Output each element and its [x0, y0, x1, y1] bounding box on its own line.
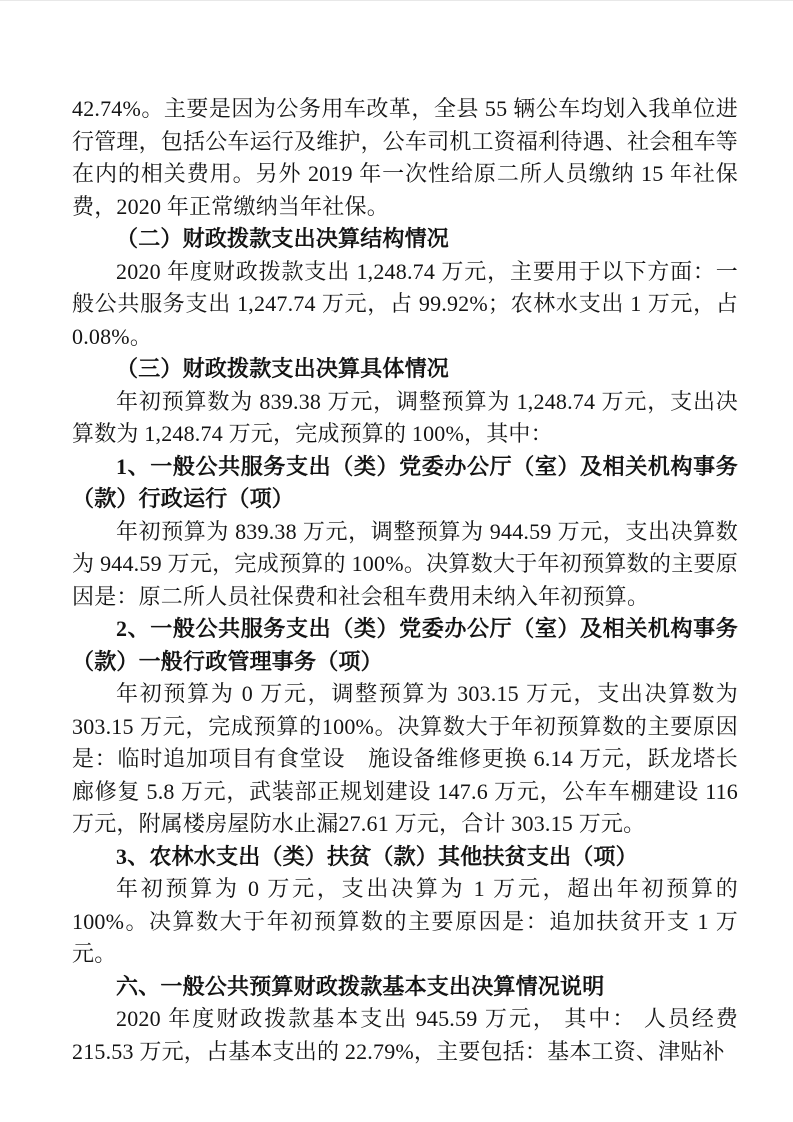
- paragraph-item-2-detail: 年初预算为 0 万元，调整预算为 303.15 万元，支出决算数为 303.15…: [72, 678, 738, 841]
- paragraph-basic-expenditure-detail: 2020 年度财政拨款基本支出 945.59 万元， 其中： 人员经费 215.…: [72, 1003, 738, 1068]
- paragraph-expenditure-structure: 2020 年度财政拨款支出 1,248.74 万元，主要用于以下方面：一般公共服…: [72, 256, 738, 354]
- item-heading-1-administrative-operation: 1、一般公共服务支出（类）党委办公厅（室）及相关机构事务（款）行政运行（项）: [72, 451, 738, 516]
- section-heading-expenditure-structure: （二）财政拨款支出决算结构情况: [72, 223, 738, 256]
- section-heading-basic-expenditure-note: 六、一般公共预算财政拨款基本支出决算情况说明: [72, 971, 738, 1004]
- paragraph-vehicle-reform-continuation: 42.74%。主要是因为公务用车改革，全县 55 辆公车均划入我单位进行管理，包…: [72, 93, 738, 223]
- paragraph-expenditure-detail-summary: 年初预算数为 839.38 万元，调整预算为 1,248.74 万元，支出决算数…: [72, 386, 738, 451]
- item-heading-3-poverty-alleviation: 3、农林水支出（类）扶贫（款）其他扶贫支出（项）: [72, 841, 738, 874]
- paragraph-item-3-detail: 年初预算为 0 万元，支出决算为 1 万元，超出年初预算的 100%。决算数大于…: [72, 873, 738, 971]
- document-page: 42.74%。主要是因为公务用车改革，全县 55 辆公车均划入我单位进行管理，包…: [0, 0, 793, 1122]
- paragraph-item-1-detail: 年初预算为 839.38 万元，调整预算为 944.59 万元，支出决算数为 9…: [72, 516, 738, 614]
- item-heading-2-general-admin-affairs: 2、一般公共服务支出（类）党委办公厅（室）及相关机构事务（款）一般行政管理事务（…: [72, 613, 738, 678]
- section-heading-expenditure-detail: （三）财政拨款支出决算具体情况: [72, 353, 738, 386]
- document-body: 42.74%。主要是因为公务用车改革，全县 55 辆公车均划入我单位进行管理，包…: [72, 93, 738, 1068]
